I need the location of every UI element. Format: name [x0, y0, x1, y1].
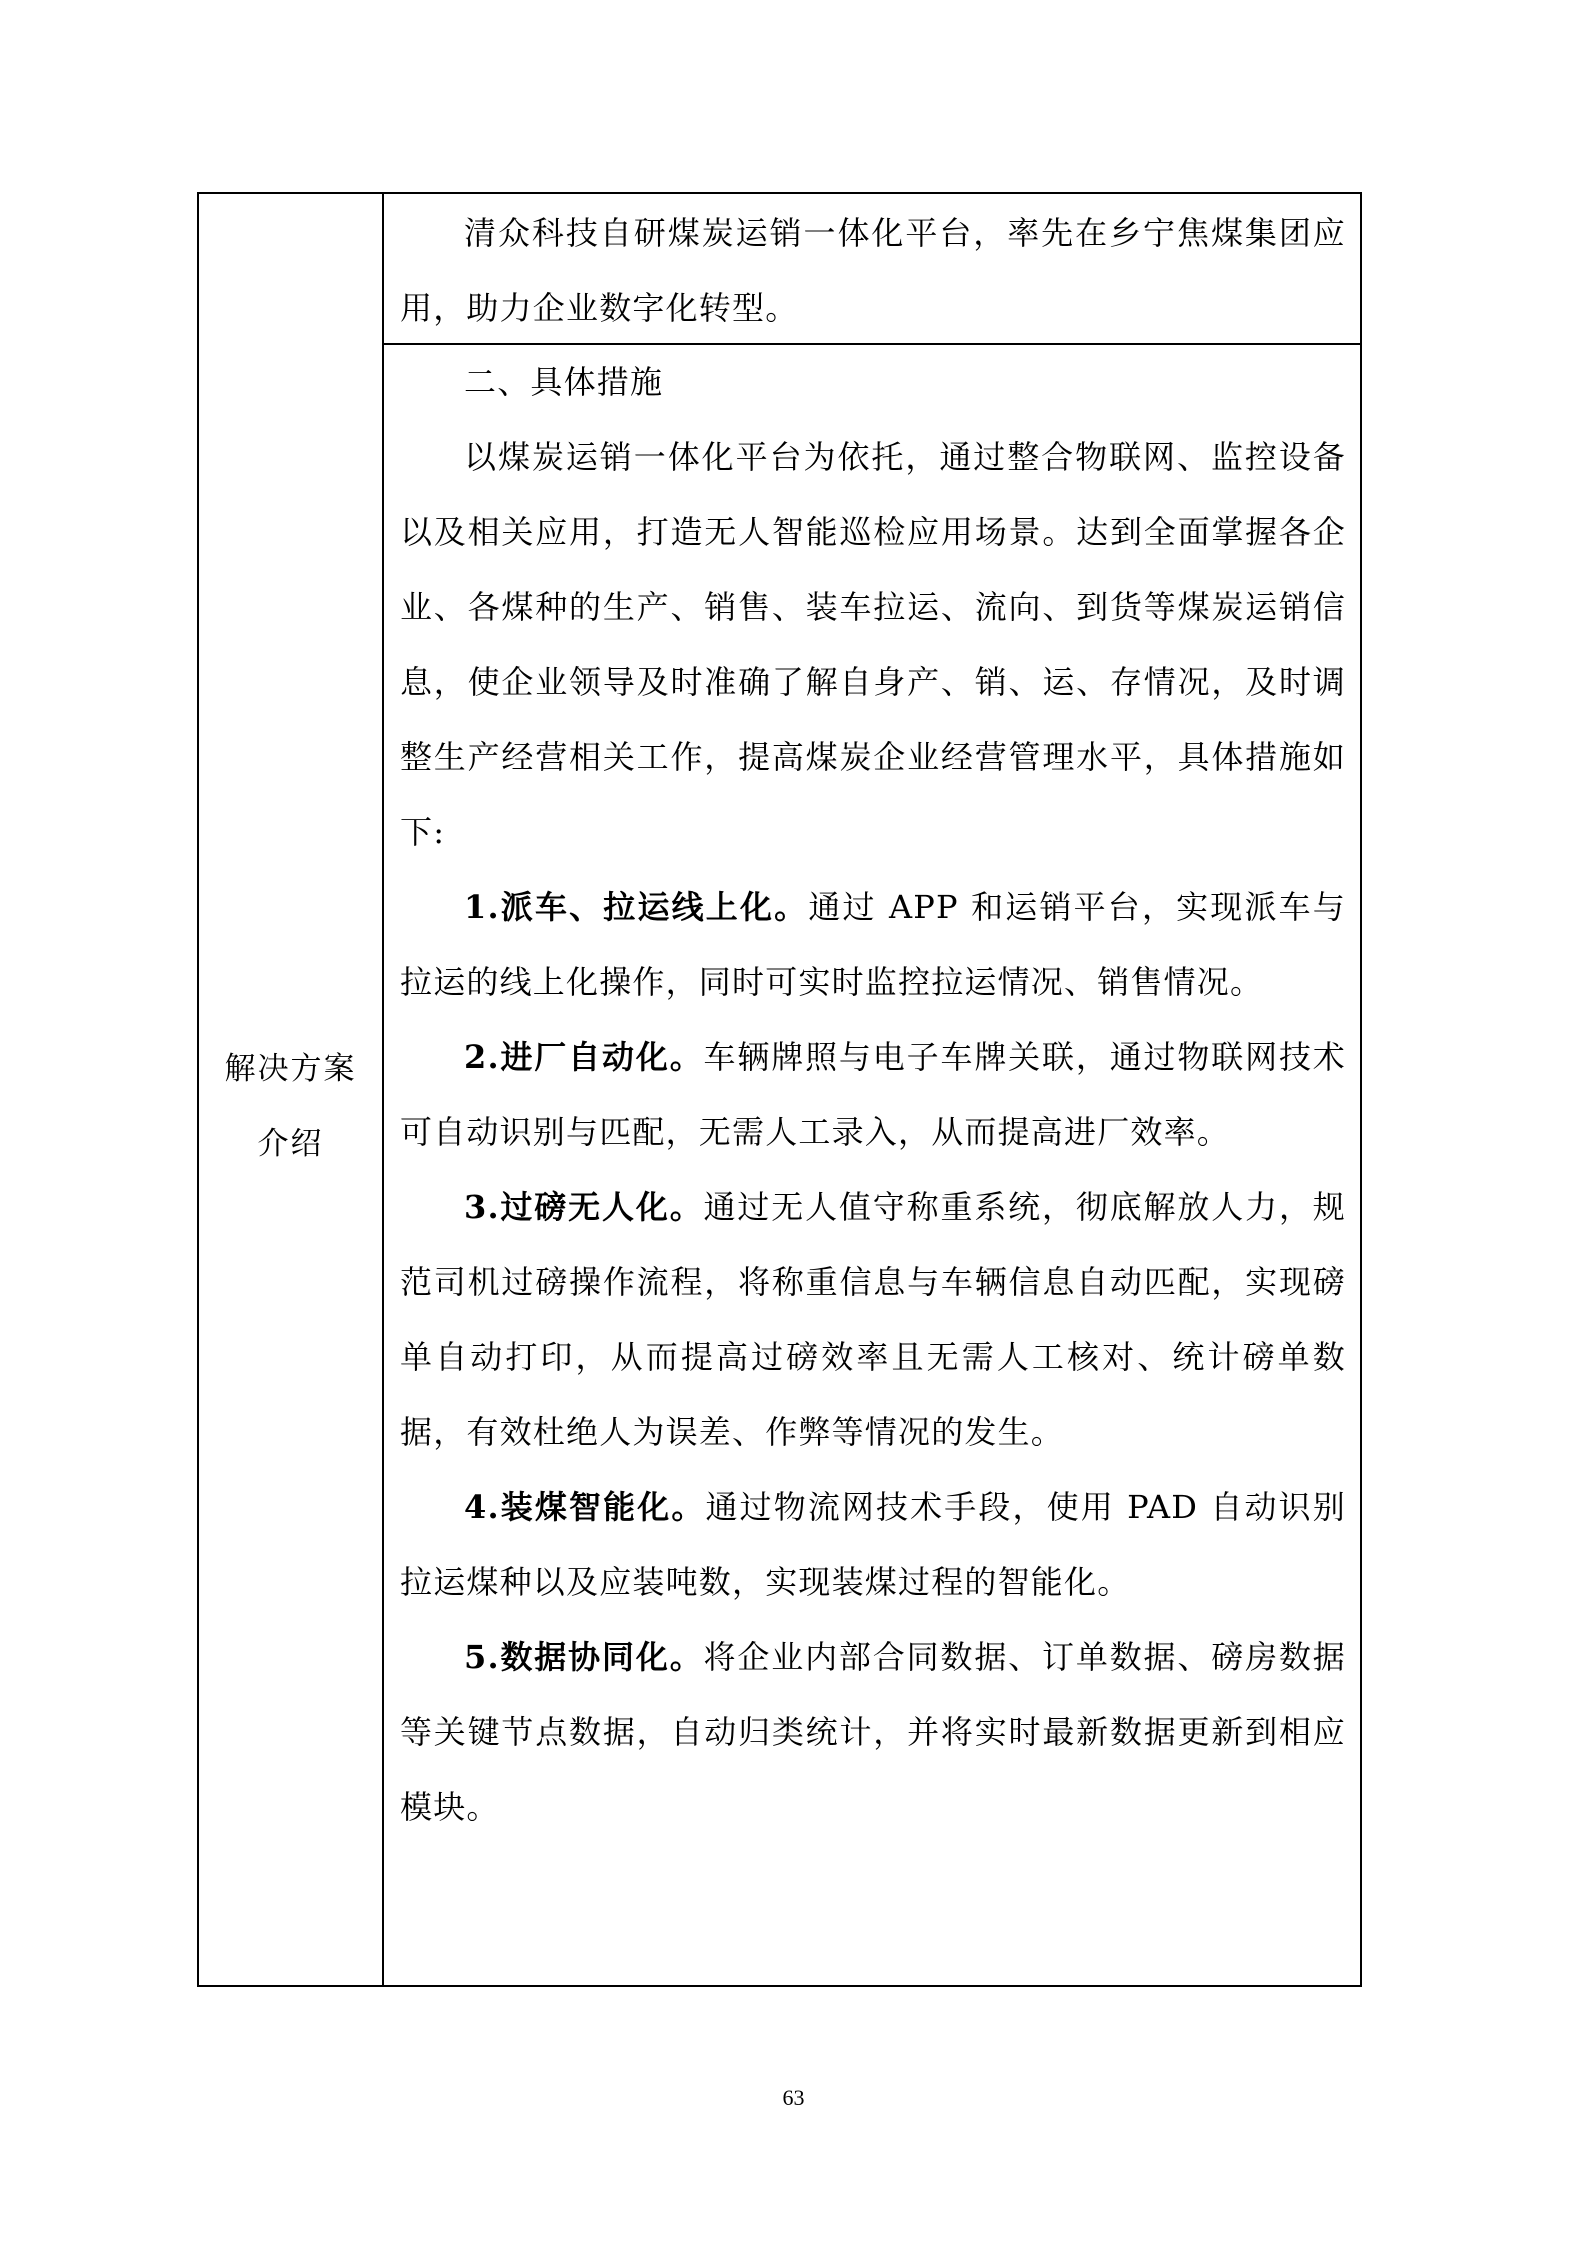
measure-item: 3.过磅无人化。通过无人值守称重系统，彻底解放人力，规范司机过磅操作流程，将称重… [384, 1170, 1360, 1470]
label-text: 解决方案 介绍 [199, 1032, 382, 1182]
measure-title: 1.派车、拉运线上化。 [464, 888, 808, 926]
measure-title: 5.数据协同化。 [464, 1638, 704, 1676]
content-cell: 清众科技自研煤炭运销一体化平台，率先在乡宁焦煤集团应用，助力企业数字化转型。 二… [384, 194, 1360, 1985]
intro-paragraph: 清众科技自研煤炭运销一体化平台，率先在乡宁焦煤集团应用，助力企业数字化转型。 [384, 194, 1360, 346]
measure-item: 5.数据协同化。将企业内部合同数据、订单数据、磅房数据等关键节点数据，自动归类统… [384, 1620, 1360, 1845]
measure-item: 1.派车、拉运线上化。通过 APP 和运销平台，实现派车与拉运的线上化操作，同时… [384, 870, 1360, 1020]
page-number: 63 [0, 2085, 1587, 2111]
measure-title: 3.过磅无人化。 [464, 1188, 704, 1226]
label-line-1: 解决方案 [199, 1032, 382, 1107]
label-cell: 解决方案 介绍 [199, 194, 384, 1985]
intro-row: 清众科技自研煤炭运销一体化平台，率先在乡宁焦煤集团应用，助力企业数字化转型。 [384, 194, 1360, 345]
solution-table: 解决方案 介绍 清众科技自研煤炭运销一体化平台，率先在乡宁焦煤集团应用，助力企业… [197, 192, 1362, 1987]
measure-item: 4.装煤智能化。通过物流网技术手段，使用 PAD 自动识别拉运煤种以及应装吨数，… [384, 1470, 1360, 1620]
measure-body: 通过无人值守称重系统，彻底解放人力，规范司机过磅操作流程，将称重信息与车辆信息自… [400, 1188, 1346, 1451]
overview-paragraph: 以煤炭运销一体化平台为依托，通过整合物联网、监控设备以及相关应用，打造无人智能巡… [384, 420, 1360, 870]
section-heading: 二、具体措施 [384, 345, 1360, 420]
measure-title: 4.装煤智能化。 [464, 1488, 705, 1526]
measures-row: 二、具体措施 以煤炭运销一体化平台为依托，通过整合物联网、监控设备以及相关应用，… [384, 345, 1360, 1985]
measure-title: 2.进厂自动化。 [464, 1038, 704, 1076]
measure-item: 2.进厂自动化。车辆牌照与电子车牌关联，通过物联网技术可自动识别与匹配，无需人工… [384, 1020, 1360, 1170]
label-line-2: 介绍 [199, 1107, 382, 1182]
